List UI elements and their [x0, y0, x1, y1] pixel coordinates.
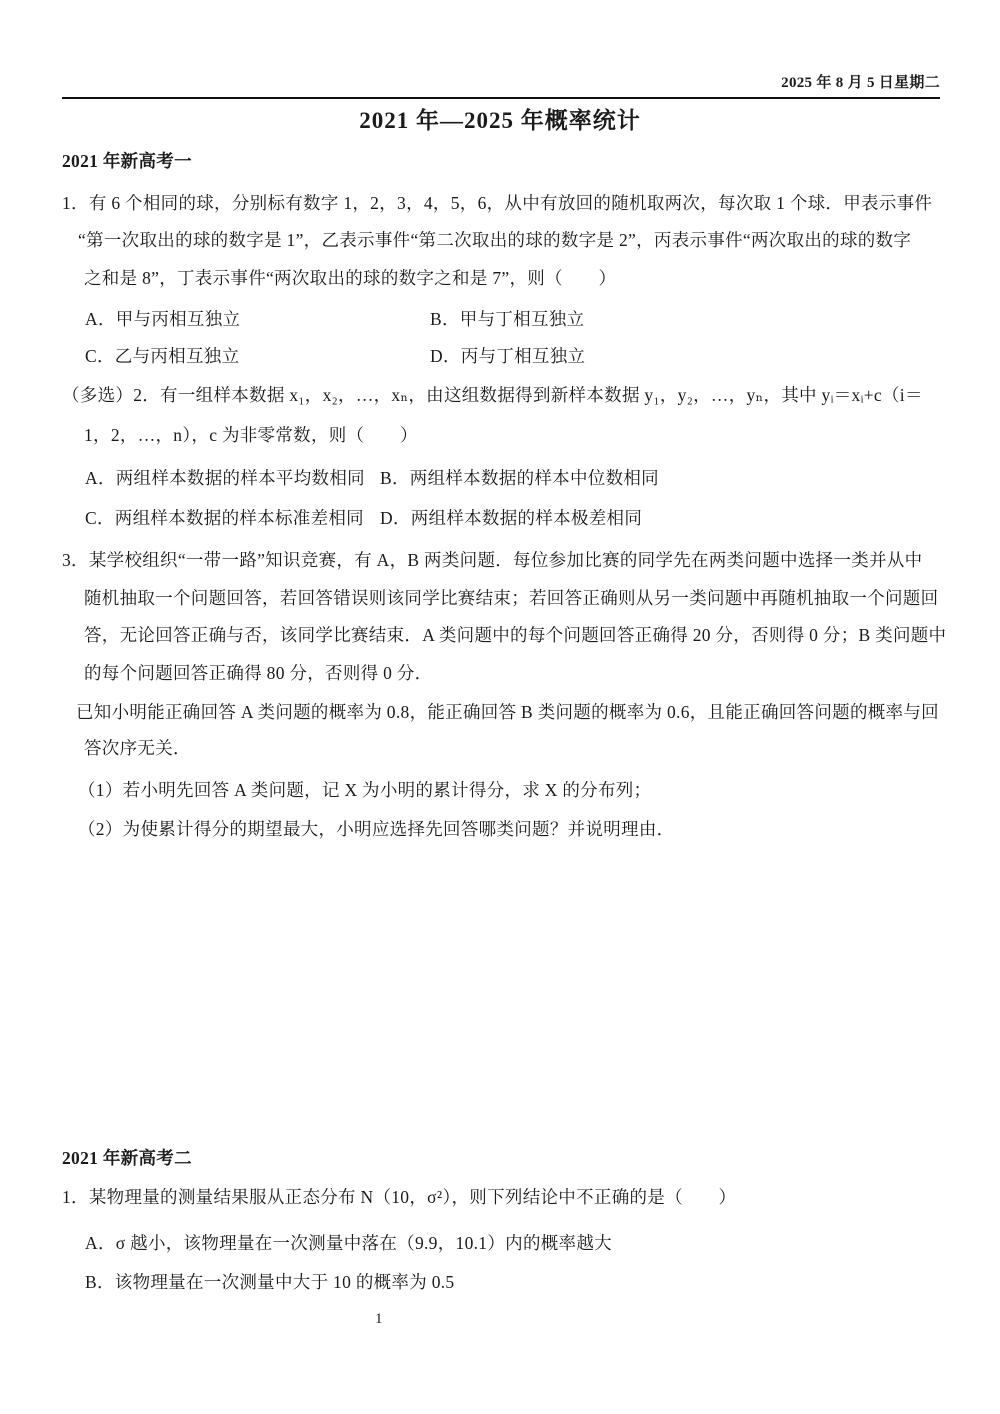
- s2-q1-option-a: A．σ 越小，该物理量在一次测量中落在（9.9，10.1）内的概率越大: [85, 1232, 612, 1254]
- q1-option-a: A．甲与丙相互独立: [85, 308, 240, 330]
- q2-option-b: B．两组样本数据的样本中位数相同: [380, 467, 659, 489]
- header-rule: [62, 97, 940, 99]
- q2-option-d: D．两组样本数据的样本极差相同: [380, 507, 642, 529]
- q3-note-line-2: 答次序无关．: [84, 737, 191, 759]
- q1-line-3: 之和是 8”，丁表示事件“两次取出的球的数字之和是 7”，则（ ）: [84, 267, 616, 289]
- q3-line-4: 的每个问题回答正确得 80 分，否则得 0 分．: [84, 662, 432, 684]
- section1-heading: 2021 年新高考一: [62, 150, 192, 172]
- q2-line-1: （多选）2．有一组样本数据 x₁，x₂，…，xₙ，由这组数据得到新样本数据 y₁…: [62, 384, 923, 406]
- q2-line-2: 1，2，…，n），c 为非零常数，则（ ）: [84, 424, 418, 446]
- s2-q1-option-b: B．该物理量在一次测量中大于 10 的概率为 0.5: [85, 1271, 454, 1293]
- q3-note-line-1: 已知小明能正确回答 A 类问题的概率为 0.8，能正确回答 B 类问题的概率为 …: [76, 701, 939, 723]
- q2-option-a: A．两组样本数据的样本平均数相同: [85, 467, 365, 489]
- q1-line-2: “第一次取出的球的数字是 1”，乙表示事件“第二次取出的球的数字是 2”，丙表示…: [78, 229, 911, 251]
- doc-date: 2025 年 8 月 5 日星期二: [781, 72, 940, 94]
- q1-option-d: D．丙与丁相互独立: [430, 345, 585, 367]
- q3-subquestion-1: （1）若小明先回答 A 类问题，记 X 为小明的累计得分，求 X 的分布列；: [78, 779, 651, 801]
- q1-option-b: B．甲与丁相互独立: [430, 308, 584, 330]
- q3-line-2: 随机抽取一个问题回答，若回答错误则该同学比赛结束；若回答正确则从另一类问题中再随…: [84, 587, 938, 609]
- q3-subquestion-2: （2）为使累计得分的期望最大，小明应选择先回答哪类问题？并说明理由．: [78, 818, 674, 840]
- s2-q1-line-1: 1．某物理量的测量结果服从正态分布 N（10，σ²），则下列结论中不正确的是（ …: [62, 1186, 736, 1208]
- page-number: 1: [375, 1308, 383, 1330]
- section2-heading: 2021 年新高考二: [62, 1147, 192, 1169]
- q3-line-3: 答，无论回答正确与否，该同学比赛结束．A 类问题中的每个问题回答正确得 20 分…: [84, 624, 946, 646]
- document-page: 2025 年 8 月 5 日星期二 2021 年—2025 年概率统计 2021…: [0, 0, 1000, 1414]
- q2-option-c: C．两组样本数据的样本标准差相同: [85, 507, 364, 529]
- q3-line-1: 3．某学校组织“一带一路”知识竞赛，有 A，B 两类问题．每位参加比赛的同学先在…: [62, 549, 922, 571]
- doc-title: 2021 年—2025 年概率统计: [0, 110, 1000, 132]
- q1-line-1: 1．有 6 个相同的球，分别标有数字 1，2，3，4，5，6，从中有放回的随机取…: [62, 192, 932, 214]
- q1-option-c: C．乙与丙相互独立: [85, 345, 239, 367]
